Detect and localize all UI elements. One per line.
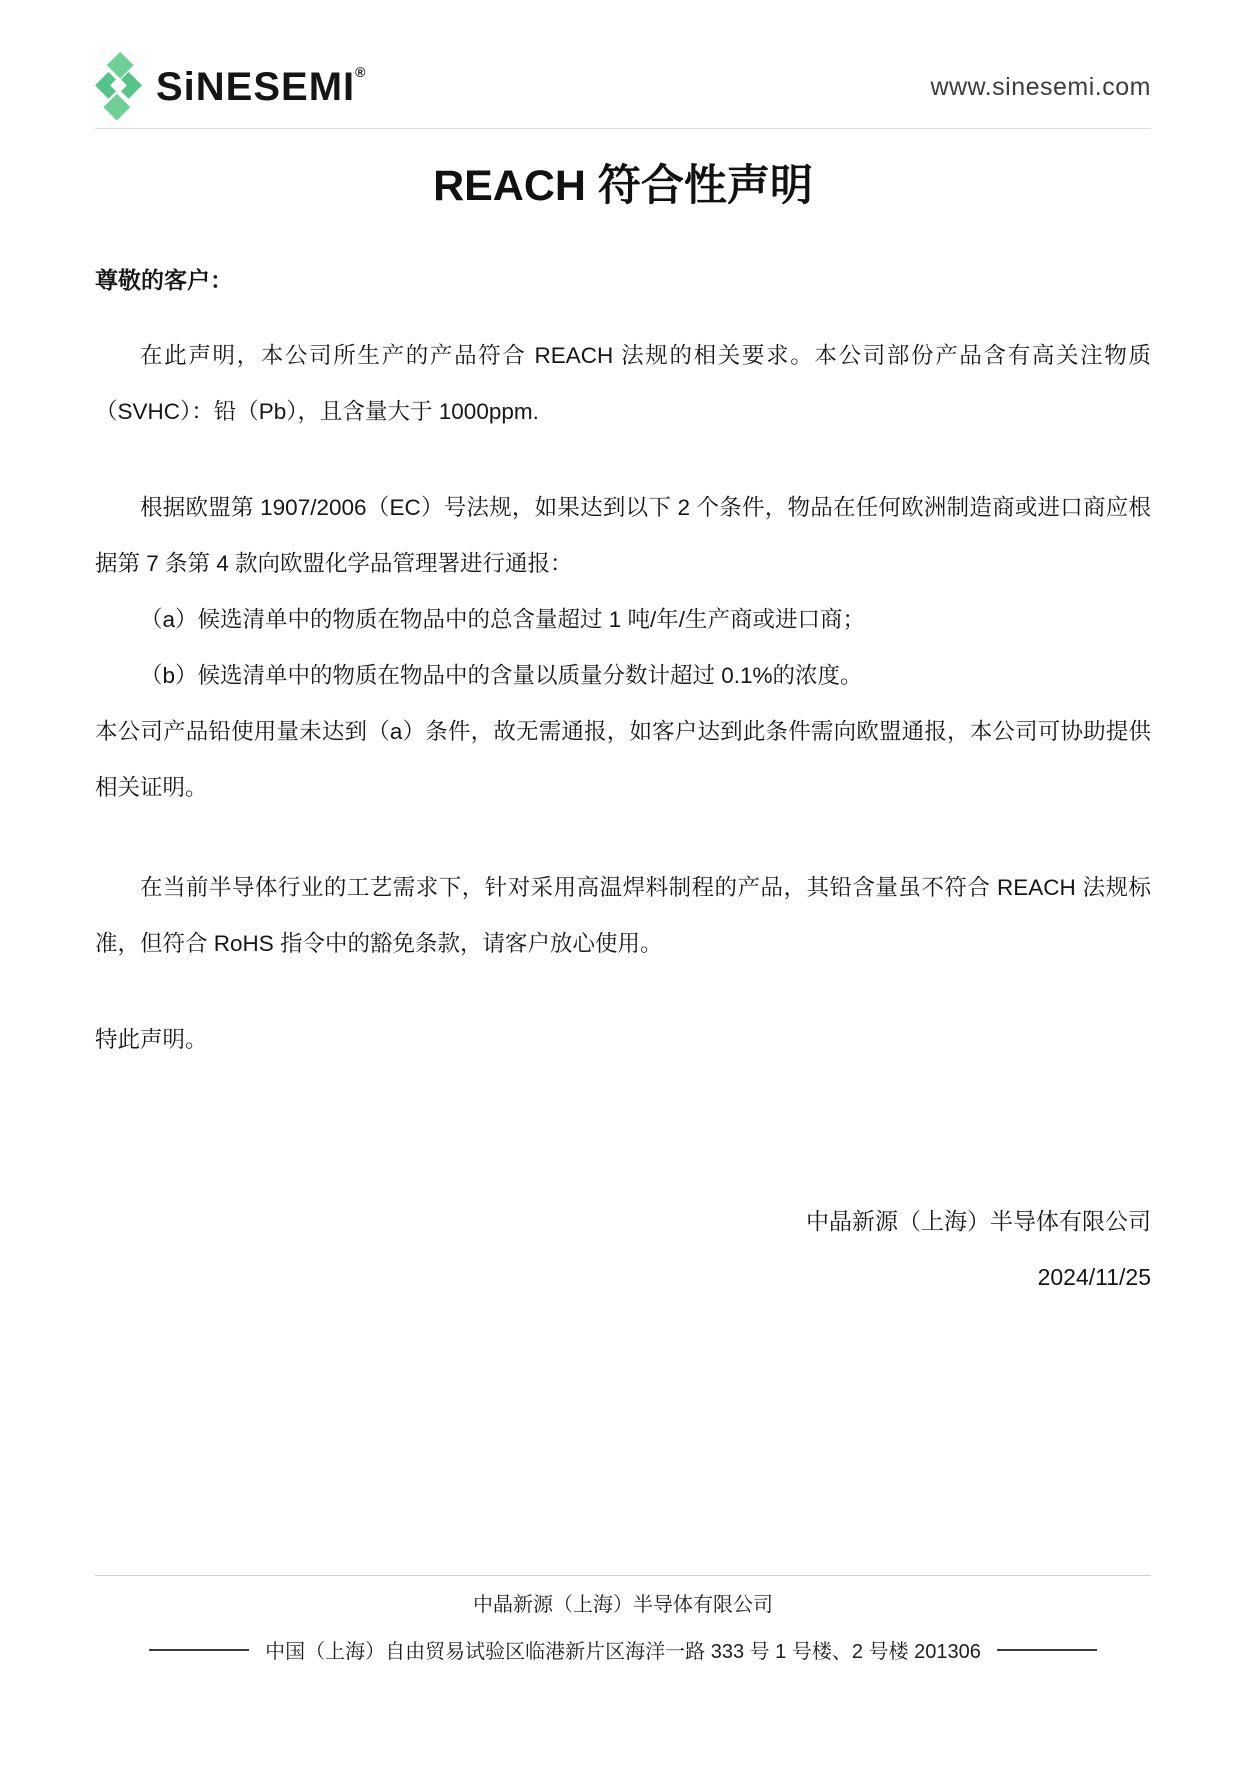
page-footer: 中晶新源（上海）半导体有限公司 中国（上海）自由贸易试验区临港新片区海洋一路 3… xyxy=(95,1575,1151,1664)
closing-statement: 特此声明。 xyxy=(95,1012,1151,1068)
company-logo-wordmark: SiNESEMI® xyxy=(156,67,366,107)
signature-date: 2024/11/25 xyxy=(95,1249,1151,1305)
company-logo-icon xyxy=(95,50,142,124)
footer-dash-right xyxy=(997,1649,1097,1651)
paragraph-regulation-block: 根据欧盟第 1907/2006（EC）号法规，如果达到以下 2 个条件，物品在任… xyxy=(95,480,1151,816)
page-header: SiNESEMI® www.sinesemi.com xyxy=(95,0,1151,129)
condition-item-a: （a）候选清单中的物质在物品中的总含量超过 1 吨/年/生产商或进口商； xyxy=(95,592,1151,648)
footer-address-text: 中国（上海）自由贸易试验区临港新片区海洋一路 333 号 1 号楼、2 号楼 2… xyxy=(265,1635,981,1664)
footer-address-row: 中国（上海）自由贸易试验区临港新片区海洋一路 333 号 1 号楼、2 号楼 2… xyxy=(95,1635,1151,1664)
paragraph-declaration: 在此声明，本公司所生产的产品符合 REACH 法规的相关要求。本公司部份产品含有… xyxy=(95,328,1151,440)
salutation: 尊敬的客户： xyxy=(95,265,1151,295)
footer-dash-left xyxy=(149,1649,249,1651)
paragraph-regulation-intro: 根据欧盟第 1907/2006（EC）号法规，如果达到以下 2 个条件，物品在任… xyxy=(95,480,1151,592)
signature-company: 中晶新源（上海）半导体有限公司 xyxy=(95,1193,1151,1249)
registered-trademark-symbol: ® xyxy=(355,64,366,80)
company-website-text: www.sinesemi.com xyxy=(930,73,1151,102)
condition-item-b: （b）候选清单中的物质在物品中的含量以质量分数计超过 0.1%的浓度。 xyxy=(95,648,1151,704)
paragraph-rohs-exemption: 在当前半导体行业的工艺需求下，针对采用高温焊料制程的产品，其铅含量虽不符合 RE… xyxy=(95,860,1151,972)
logo-wordmark-text: SiNESEMI xyxy=(156,65,355,109)
footer-company-name: 中晶新源（上海）半导体有限公司 xyxy=(95,1588,1151,1617)
document-title: REACH 符合性声明 xyxy=(95,157,1151,215)
document-page: SiNESEMI® www.sinesemi.com REACH 符合性声明 尊… xyxy=(0,0,1246,1766)
company-logo: SiNESEMI® xyxy=(95,50,366,124)
paragraph-regulation-close: 本公司产品铅使用量未达到（a）条件，故无需通报，如客户达到此条件需向欧盟通报，本… xyxy=(95,704,1151,816)
signature-block: 中晶新源（上海）半导体有限公司 2024/11/25 xyxy=(95,1193,1151,1305)
